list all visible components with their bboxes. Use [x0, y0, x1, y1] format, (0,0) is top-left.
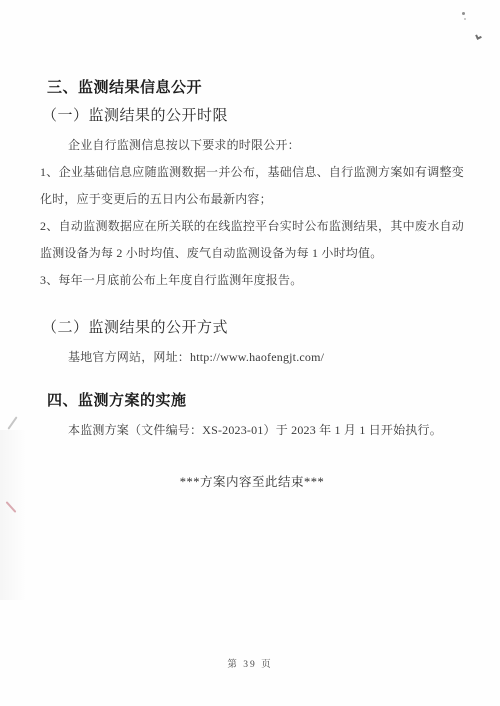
document-page: 三、监测结果信息公开 （一）监测结果的公开时限 企业自行监测信息按以下要求的时限… — [0, 0, 500, 706]
document-content: 三、监测结果信息公开 （一）监测结果的公开时限 企业自行监测信息按以下要求的时限… — [0, 78, 500, 492]
scan-artifact-mark — [475, 33, 482, 40]
list-item-basic-info: 1、企业基础信息应随监测数据一并公布，基础信息、自行监测方案如有调整变化时，应于… — [40, 159, 464, 213]
scan-artifact-speck — [464, 18, 466, 20]
subsection-heading-disclosure-method: （二）监测结果的公开方式 — [42, 318, 464, 338]
scan-artifact-pink-scratch — [6, 501, 17, 513]
disclosure-intro-paragraph: 企业自行监测信息按以下要求的时限公开： — [40, 132, 464, 159]
scan-artifact-speck — [462, 12, 465, 15]
implementation-paragraph: 本监测方案（文件编号：XS-2023-01）于 2023 年 1 月 1 日开始… — [40, 417, 464, 444]
disclosure-method-paragraph: 基地官方网站，网址：http://www.haofengjt.com/ — [40, 344, 464, 371]
section-heading-plan-implementation: 四、监测方案的实施 — [47, 391, 464, 411]
subsection-heading-disclosure-time-limit: （一）监测结果的公开时限 — [42, 106, 464, 126]
end-of-plan-marker: ***方案内容至此结束*** — [40, 472, 464, 492]
list-item-annual-report: 3、每年一月底前公布上年度自行监测年度报告。 — [40, 267, 464, 294]
section-heading-monitoring-results-disclosure: 三、监测结果信息公开 — [47, 78, 464, 98]
page-number-footer: 第 39 页 — [0, 656, 500, 670]
list-item-auto-monitoring-data: 2、自动监测数据应在所关联的在线监控平台实时公布监测结果，其中废水自动监测设备为… — [40, 213, 464, 267]
